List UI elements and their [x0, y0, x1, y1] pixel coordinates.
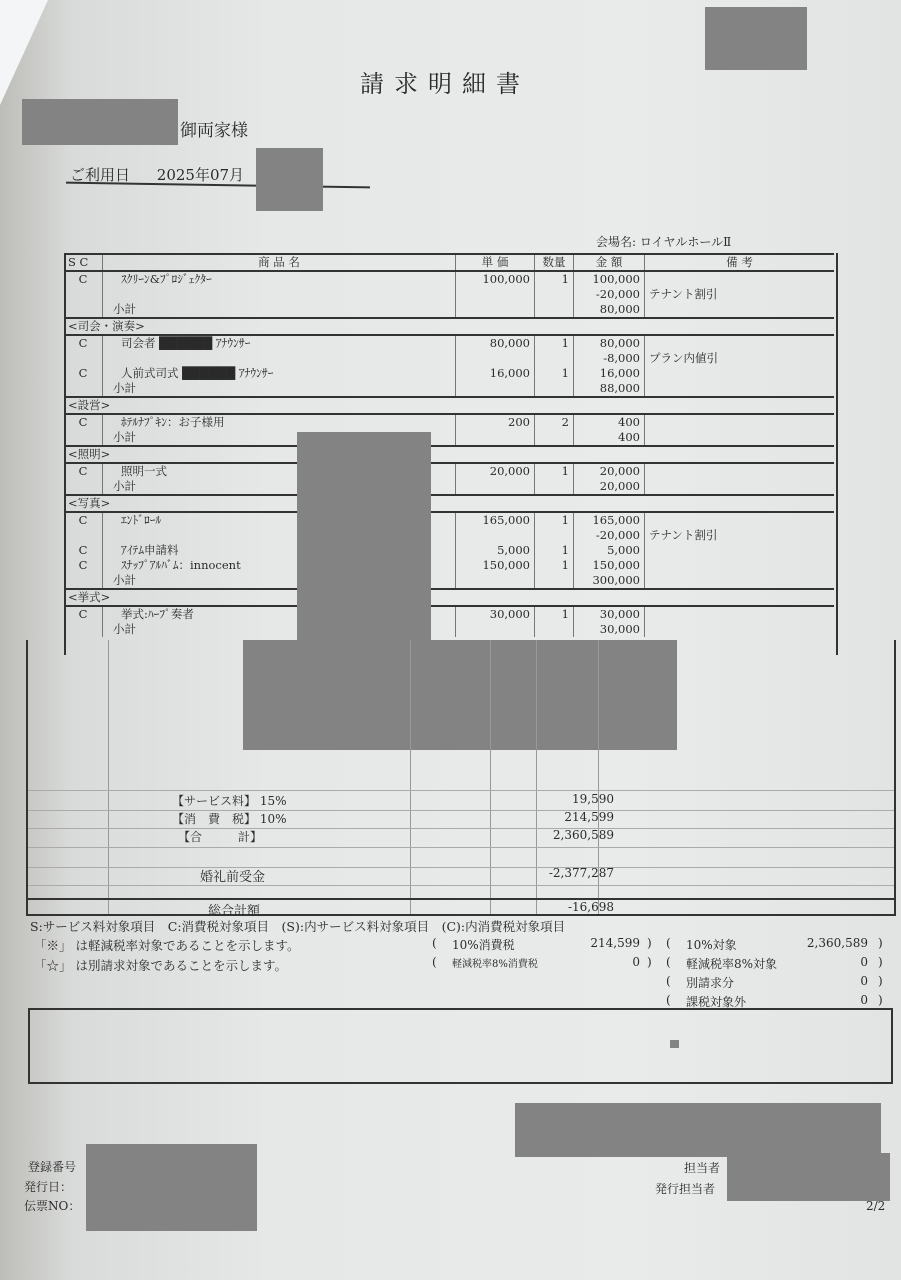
- unit-price: 30,000: [456, 606, 535, 622]
- category-label: <照明>: [64, 446, 834, 463]
- subtotal-row: 小計88,000: [64, 381, 834, 397]
- quantity: [535, 528, 574, 543]
- category-row: <司会・演奏>: [64, 318, 834, 335]
- sc-code: [64, 302, 103, 318]
- sc-code: C: [64, 335, 103, 351]
- quantity: 1: [535, 558, 574, 573]
- category-label: <司会・演奏>: [64, 318, 834, 335]
- redacted-company: [515, 1103, 881, 1157]
- table-row: Cﾎﾃﾙﾅﾌﾟｷﾝ：お子様用2002400: [64, 414, 834, 430]
- tax-breakdown-value: 0: [560, 955, 640, 969]
- unit-price: 16,000: [456, 366, 535, 381]
- issue-date-label: 発行日：: [24, 1178, 72, 1195]
- tax-breakdown-value: 214,599: [560, 936, 640, 950]
- quantity: [535, 430, 574, 446]
- adjustment-row: -8,000プラン内値引: [64, 351, 834, 366]
- redacted-staff: [727, 1153, 890, 1201]
- advance-label: 婚礼前受金: [200, 866, 265, 885]
- tax-paren-close: ): [647, 955, 652, 969]
- note: テナント割引: [645, 287, 835, 302]
- tax-paren-close: ): [878, 993, 883, 1007]
- sc-code: [64, 528, 103, 543]
- quantity: 1: [535, 463, 574, 479]
- quantity: 1: [535, 512, 574, 528]
- quantity: [535, 573, 574, 589]
- tax-paren-open: (: [666, 974, 671, 988]
- sc-code: C: [64, 414, 103, 430]
- amount: 88,000: [574, 381, 645, 397]
- amount: 165,000: [574, 512, 645, 528]
- note: [645, 335, 835, 351]
- venue-name: 会場名: ロイヤルホールⅡ: [596, 233, 731, 250]
- note: テナント割引: [645, 528, 835, 543]
- sc-code: [64, 351, 103, 366]
- item-name: ﾎﾃﾙﾅﾌﾟｷﾝ：お子様用: [103, 414, 456, 430]
- amount: 80,000: [574, 335, 645, 351]
- redacted-day: [256, 148, 323, 211]
- col-divider: [108, 640, 109, 916]
- row-divider: [28, 898, 894, 900]
- amount: 150,000: [574, 558, 645, 573]
- adjustment-row: -20,000テナント割引: [64, 287, 834, 302]
- use-date-value: 2025年07月: [157, 166, 244, 184]
- note: [645, 573, 835, 589]
- quantity: [535, 622, 574, 637]
- row-divider: [28, 790, 894, 791]
- amount: -20,000: [574, 528, 645, 543]
- unit-price: [456, 528, 535, 543]
- sc-code: C: [64, 558, 103, 573]
- sc-code: C: [64, 606, 103, 622]
- quantity: [535, 381, 574, 397]
- sc-code: [64, 622, 103, 637]
- sc-code: [64, 287, 103, 302]
- redacted-mark: [670, 1040, 679, 1048]
- service-fee-amount: 19,590: [494, 792, 614, 806]
- amount: 20,000: [574, 479, 645, 495]
- amount: -20,000: [574, 287, 645, 302]
- amount: 100,000: [574, 271, 645, 287]
- item-name: [103, 351, 456, 366]
- table-row: Cｴﾝﾄﾞﾛｰﾙ165,0001165,000: [64, 512, 834, 528]
- unit-price: [456, 302, 535, 318]
- redacted-registration: [86, 1144, 257, 1231]
- tax-paren-close: ): [878, 974, 883, 988]
- note: [645, 622, 835, 637]
- note: [645, 381, 835, 397]
- amount: 400: [574, 414, 645, 430]
- subtotal-row: 小計80,000: [64, 302, 834, 318]
- note: [645, 430, 835, 446]
- quantity: 1: [535, 606, 574, 622]
- unit-price: [456, 381, 535, 397]
- sc-code: C: [64, 543, 103, 558]
- table-row: Cｽｸﾘｰﾝ&ﾌﾟﾛｼﾞｪｸﾀｰ100,0001100,000: [64, 271, 834, 287]
- remarks-box: [28, 1008, 893, 1084]
- issuer-label: 発行担当者: [655, 1180, 715, 1197]
- tax-paren-open: (: [432, 955, 437, 969]
- item-name: 小計: [103, 381, 456, 397]
- sc-code: C: [64, 271, 103, 287]
- tax-target-label: 別請求分: [686, 974, 734, 991]
- items-table: S C 商 品 名 単 価 数量 金 額 備 考 Cｽｸﾘｰﾝ&ﾌﾟﾛｼﾞｪｸﾀ…: [64, 253, 834, 637]
- col-divider: [410, 640, 411, 916]
- category-label: <挙式>: [64, 589, 834, 606]
- unit-price: [456, 351, 535, 366]
- tax-breakdown-label: 10%消費税: [452, 936, 515, 953]
- table-row: C人前式司式 ██████ ｱﾅｳﾝｻｰ16,000116,000: [64, 366, 834, 381]
- note: [645, 558, 835, 573]
- tax-paren-close: ): [878, 936, 883, 950]
- tax-amount: 214,599: [494, 810, 614, 824]
- category-row: <写真>: [64, 495, 834, 512]
- table-row: C挙式:ﾊｰﾌﾟ奏者30,000130,000: [64, 606, 834, 622]
- amount: 400: [574, 430, 645, 446]
- unit-price: 100,000: [456, 271, 535, 287]
- amount: 5,000: [574, 543, 645, 558]
- header-qty: 数量: [535, 254, 574, 271]
- subtotal-row: 小計30,000: [64, 622, 834, 637]
- item-name: 司会者 ██████ ｱﾅｳﾝｻｰ: [103, 335, 456, 351]
- subtotal-row: 小計20,000: [64, 479, 834, 495]
- sc-code: [64, 430, 103, 446]
- tax-target-value: 2,360,589: [780, 936, 868, 950]
- note: プラン内値引: [645, 351, 835, 366]
- quantity: [535, 351, 574, 366]
- header-amount: 金 額: [574, 254, 645, 271]
- tax-paren-open: (: [432, 936, 437, 950]
- page-number: 2/2: [866, 1199, 885, 1213]
- tax-breakdown-label: 軽減税率8%消費税: [452, 955, 538, 970]
- unit-price: [456, 430, 535, 446]
- tax-paren-close: ): [647, 936, 652, 950]
- row-divider: [28, 914, 894, 916]
- service-fee-label: 【サービス料】 15%: [172, 792, 287, 809]
- amount: 80,000: [574, 302, 645, 318]
- note: [645, 414, 835, 430]
- category-label: <設営>: [64, 397, 834, 414]
- advance-amount: -2,377,287: [494, 866, 614, 880]
- row-divider: [28, 867, 894, 868]
- tax-paren-open: (: [666, 993, 671, 1007]
- header-note: 備 考: [645, 254, 835, 271]
- invoice-paper: 請求明細書 御両家様 ご利用日 2025年07月 曜日 会場名: ロイヤルホール…: [0, 0, 901, 1280]
- sc-code: C: [64, 512, 103, 528]
- quantity: [535, 479, 574, 495]
- quantity: 1: [535, 366, 574, 381]
- header-sc: S C: [64, 254, 103, 271]
- quantity: 2: [535, 414, 574, 430]
- amount: 16,000: [574, 366, 645, 381]
- tax-paren-close: ): [878, 955, 883, 969]
- grand-total-amount: -16,698: [494, 900, 614, 914]
- unit-price: 5,000: [456, 543, 535, 558]
- note: [645, 543, 835, 558]
- tax-target-label: 軽減税率8%対象: [686, 955, 777, 972]
- note-separate-billing: 「☆」 は別請求対象であることを示します。: [34, 956, 287, 974]
- tax-target-value: 0: [780, 993, 868, 1007]
- tax-target-value: 0: [780, 955, 868, 969]
- row-divider: [28, 810, 894, 811]
- sc-code: [64, 573, 103, 589]
- redacted-block-1: [297, 432, 431, 642]
- amount: 300,000: [574, 573, 645, 589]
- unit-price: 165,000: [456, 512, 535, 528]
- total-label: 【合 計】: [178, 828, 262, 845]
- unit-price: 150,000: [456, 558, 535, 573]
- legend: S:サービス料対象項目 C:消費税対象項目 (S):内サービス料対象項目 (C)…: [30, 917, 565, 935]
- unit-price: [456, 287, 535, 302]
- adjustment-row: -20,000テナント割引: [64, 528, 834, 543]
- tax-target-label: 10%対象: [686, 936, 737, 953]
- amount: 30,000: [574, 622, 645, 637]
- folded-corner: [0, 0, 48, 105]
- item-name: [103, 287, 456, 302]
- unit-price: 20,000: [456, 463, 535, 479]
- row-divider: [28, 828, 894, 829]
- tax-label: 【消 費 税】 10%: [172, 810, 287, 827]
- document-title: 請求明細書: [360, 64, 530, 99]
- quantity: [535, 302, 574, 318]
- note: [645, 479, 835, 495]
- amount: -8,000: [574, 351, 645, 366]
- redacted-customer-name: [22, 99, 178, 145]
- staff-label: 担当者: [684, 1159, 720, 1176]
- table-row: Cｽﾅｯﾌﾟｱﾙﾊﾞﾑ：innocent150,0001150,000: [64, 558, 834, 573]
- quantity: 1: [535, 543, 574, 558]
- unit-price: [456, 622, 535, 637]
- item-name: 小計: [103, 302, 456, 318]
- note: [645, 512, 835, 528]
- row-divider: [28, 885, 894, 886]
- header-name: 商 品 名: [103, 254, 456, 271]
- subtotal-row: 小計300,000: [64, 573, 834, 589]
- registration-number-label: 登録番号: [28, 1158, 76, 1175]
- note-reduced-rate: 「※」 は軽減税率対象であることを示します。: [34, 936, 299, 954]
- header-unit-price: 単 価: [456, 254, 535, 271]
- category-row: <照明>: [64, 446, 834, 463]
- unit-price: [456, 573, 535, 589]
- subtotal-row: 小計400: [64, 430, 834, 446]
- redacted-logo: [705, 7, 807, 70]
- sc-code: C: [64, 463, 103, 479]
- table-header: S C 商 品 名 単 価 数量 金 額 備 考: [64, 254, 834, 271]
- note: [645, 606, 835, 622]
- unit-price: [456, 479, 535, 495]
- note: [645, 463, 835, 479]
- item-name: 人前式司式 ██████ ｱﾅｳﾝｻｰ: [103, 366, 456, 381]
- table-row: C照明一式20,000120,000: [64, 463, 834, 479]
- amount: 20,000: [574, 463, 645, 479]
- quantity: [535, 287, 574, 302]
- note: [645, 271, 835, 287]
- category-row: <設営>: [64, 397, 834, 414]
- amount: 30,000: [574, 606, 645, 622]
- note: [645, 366, 835, 381]
- item-name: ｽｸﾘｰﾝ&ﾌﾟﾛｼﾞｪｸﾀｰ: [103, 271, 456, 287]
- category-label: <写真>: [64, 495, 834, 512]
- quantity: 1: [535, 271, 574, 287]
- category-row: <挙式>: [64, 589, 834, 606]
- unit-price: 80,000: [456, 335, 535, 351]
- note: [645, 302, 835, 318]
- slip-number-label: 伝票NO：: [24, 1197, 80, 1214]
- total-amount: 2,360,589: [494, 828, 614, 842]
- tax-paren-open: (: [666, 936, 671, 950]
- table-row: Cｱｲﾃﾑ申請料5,00015,000: [64, 543, 834, 558]
- sc-code: [64, 381, 103, 397]
- sc-code: C: [64, 366, 103, 381]
- unit-price: 200: [456, 414, 535, 430]
- table-row: C司会者 ██████ ｱﾅｳﾝｻｰ80,000180,000: [64, 335, 834, 351]
- addressee-suffix: 御両家様: [180, 116, 248, 141]
- summary-frame: [26, 640, 896, 916]
- row-divider: [28, 847, 894, 848]
- quantity: 1: [535, 335, 574, 351]
- col-divider: [490, 640, 491, 916]
- tax-target-value: 0: [780, 974, 868, 988]
- tax-paren-open: (: [666, 955, 671, 969]
- sc-code: [64, 479, 103, 495]
